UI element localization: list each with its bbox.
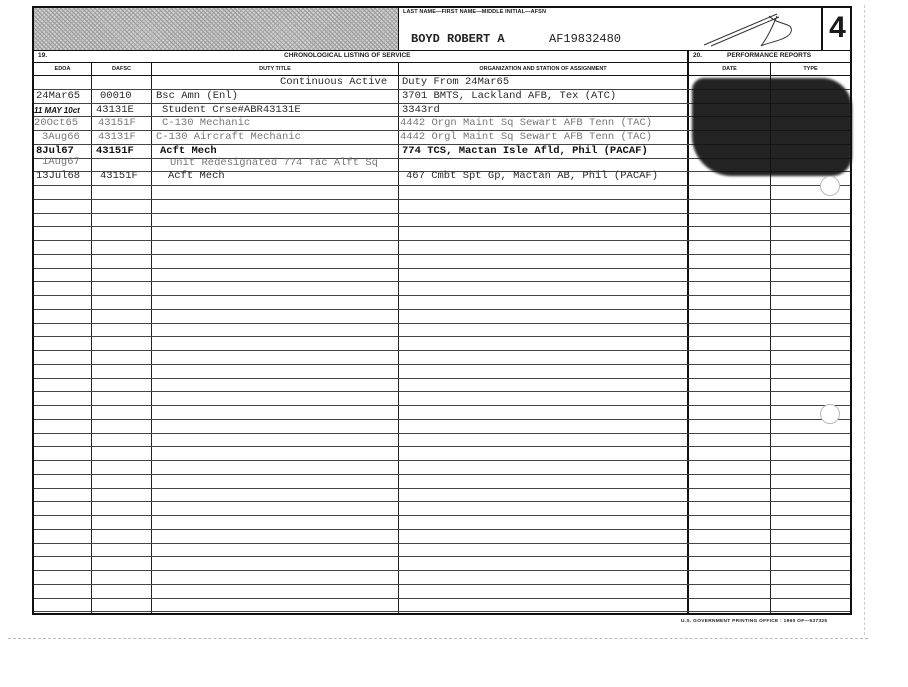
name-label: LAST NAME—FIRST NAME—MIDDLE INITIAL—AFSN: [403, 9, 546, 15]
table-row-empty: [34, 241, 850, 255]
cell-duty: Unit Redesignated 774 Tac Alft Sq: [170, 157, 378, 170]
table-row-empty: [34, 585, 850, 599]
table-row-empty: [34, 420, 850, 434]
col-header-edoa: EDOA: [34, 63, 92, 76]
table-row-empty: [34, 599, 850, 613]
cell-edoa-handwritten: 11 MAY 10ct: [34, 104, 80, 117]
table-row-empty: [34, 365, 850, 379]
section-19-title: CHRONOLOGICAL LISTING OF SERVICE: [284, 52, 411, 59]
table-row-empty: [34, 200, 850, 214]
section-19-header: 19. CHRONOLOGICAL LISTING OF SERVICE: [34, 50, 689, 63]
member-name: BOYD ROBERT A: [411, 32, 505, 46]
page-edge-bottom: [8, 636, 868, 639]
table-row-empty: [34, 227, 850, 241]
signature-initial-icon: [699, 12, 819, 48]
cell-dafsc: 43151F: [98, 117, 136, 130]
table-row-empty: [34, 379, 850, 393]
table-row-empty: [34, 337, 850, 351]
col-header-dafsc: DAFSC: [92, 63, 152, 76]
cell-edoa: 1Aug67: [42, 156, 80, 169]
cell-duty: C-130 Aircraft Mechanic: [156, 131, 301, 144]
cell-duty: C-130 Mechanic: [162, 117, 250, 130]
service-record-form: LAST NAME—FIRST NAME—MIDDLE INITIAL—AFSN…: [32, 6, 852, 615]
table-row-empty: [34, 571, 850, 585]
cell-duty: Bsc Amn (Enl): [156, 90, 238, 103]
punch-hole-icon: [820, 404, 840, 424]
cell-edoa: 24Mar65: [36, 90, 80, 103]
page-number: 4: [821, 8, 852, 51]
table-row-empty: [34, 269, 850, 283]
cell-duty: Acft Mech: [168, 170, 225, 183]
table-row-empty: [34, 310, 850, 324]
cell-org: 467 Cmbt Spt Gp, Mactan AB, Phil (PACAF): [406, 170, 658, 183]
table-row-empty: [34, 324, 850, 338]
table-row-empty: [34, 434, 850, 448]
table-row-empty: [34, 530, 850, 544]
section-20-number: 20.: [693, 52, 702, 59]
cell-duty: Student Crse#ABR43131E: [162, 104, 301, 117]
page-edge-right: [862, 5, 865, 635]
table-row-empty: [34, 447, 850, 461]
table-row-empty: [34, 296, 850, 310]
cell-org: Duty From 24Mar65: [402, 76, 509, 89]
redacted-performance-reports: [692, 78, 852, 176]
table-row-empty: [34, 475, 850, 489]
table-row-empty: [34, 557, 850, 571]
hatched-header-area: [34, 8, 399, 51]
cell-org: 3701 BMTS, Lackland AFB, Tex (ATC): [402, 90, 616, 103]
table-row-empty: [34, 351, 850, 365]
col-header-duty-title: DUTY TITLE: [152, 63, 399, 76]
col-header-date: DATE: [689, 63, 771, 76]
table-row-empty: [34, 282, 850, 296]
table-row-empty: [34, 214, 850, 228]
section-20-title: PERFORMANCE REPORTS: [727, 52, 811, 59]
cell-dafsc: 43131E: [96, 104, 134, 117]
table-row-empty: [34, 544, 850, 558]
table-row-empty: [34, 186, 850, 200]
table-row-empty: [34, 392, 850, 406]
cell-org: 4442 Orgl Maint Sq Sewart AFB Tenn (TAC): [400, 131, 652, 144]
table-row-empty: [34, 406, 850, 420]
member-afsn: AF19832480: [549, 32, 621, 46]
cell-edoa: 20Oct65: [34, 117, 78, 130]
col-header-organization: ORGANIZATION AND STATION OF ASSIGNMENT: [399, 63, 689, 76]
section-19-number: 19.: [38, 52, 47, 59]
section-20-header: 20. PERFORMANCE REPORTS: [689, 50, 850, 63]
table-row-empty: [34, 461, 850, 475]
cell-org: 4442 Orgn Maint Sq Sewart AFB Tenn (TAC): [400, 117, 652, 130]
cell-dafsc: 43151F: [100, 170, 138, 183]
punch-hole-icon: [820, 176, 840, 196]
table-row-empty: [34, 255, 850, 269]
col-header-type: TYPE: [771, 63, 850, 76]
name-afsn-box: LAST NAME—FIRST NAME—MIDDLE INITIAL—AFSN…: [399, 8, 821, 51]
cell-dafsc: 43131F: [98, 131, 136, 144]
table-row-empty: [34, 502, 850, 516]
cell-edoa: 3Aug66: [42, 131, 80, 144]
cell-org: 774 TCS, Mactan Isle Afld, Phil (PACAF): [402, 145, 648, 158]
cell-dafsc: 00010: [100, 90, 132, 103]
table-row-empty: [34, 489, 850, 503]
cell-dafsc: 43151F: [96, 145, 134, 158]
table-row-empty: [34, 516, 850, 530]
cell-duty: Continuous Active: [280, 76, 387, 89]
printing-office-footer: U.S. GOVERNMENT PRINTING OFFICE : 1960 O…: [681, 619, 827, 624]
cell-org: 3343rd: [402, 104, 440, 117]
cell-edoa: 13Jul68: [36, 170, 80, 183]
